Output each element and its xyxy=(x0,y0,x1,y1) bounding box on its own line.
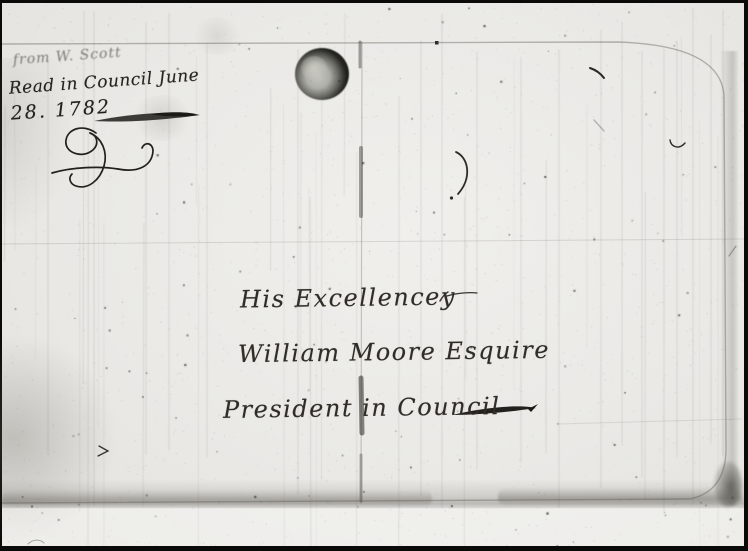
paper-stain xyxy=(190,17,244,55)
curved-pen-mark xyxy=(450,196,453,199)
paper-right-edge-shadow xyxy=(720,51,738,506)
scanner-background xyxy=(2,508,744,546)
document-sheet: from W. Scott Read in Council June 28. 1… xyxy=(2,3,744,546)
ink-seal-blot xyxy=(295,48,349,100)
chevron-pen-mark xyxy=(98,446,108,456)
corner-ink-blotch xyxy=(714,461,742,507)
endorsement-read-line: Read in Council June xyxy=(8,65,200,98)
address-line-name: William Moore Esquire xyxy=(238,336,550,368)
vertical-fold-line xyxy=(361,42,362,503)
paper-bottom-edge-shadow xyxy=(2,479,744,509)
ink-speck xyxy=(435,41,439,45)
address-line-title: President in Council xyxy=(223,392,501,424)
clerk-initials-flourish xyxy=(52,128,153,187)
address-line-excellency: His Excellencey xyxy=(240,282,456,313)
diagonal-pen-mark xyxy=(590,68,604,78)
paper-bottom-edge-shadow xyxy=(498,488,742,506)
faint-pen-mark xyxy=(28,540,44,544)
date-dash-stroke xyxy=(150,112,199,116)
scan-frame: from W. Scott Read in Council June 28. 1… xyxy=(0,0,748,551)
faint-pen-mark xyxy=(729,246,736,256)
endorsement-from-line: from W. Scott xyxy=(12,45,122,69)
paper-stain xyxy=(130,95,194,141)
endorsement-block: from W. Scott Read in Council June 28. 1… xyxy=(4,31,233,47)
horizontal-crease xyxy=(2,239,744,244)
paper-bottom-edge-shadow xyxy=(2,490,432,507)
horizontal-crease xyxy=(558,419,742,424)
curved-pen-mark xyxy=(456,152,467,194)
endorsement-date-line: 28. 1782 xyxy=(10,96,112,125)
hook-pen-mark xyxy=(670,140,685,147)
paper-stain xyxy=(0,333,118,543)
faint-pen-mark xyxy=(594,120,604,131)
